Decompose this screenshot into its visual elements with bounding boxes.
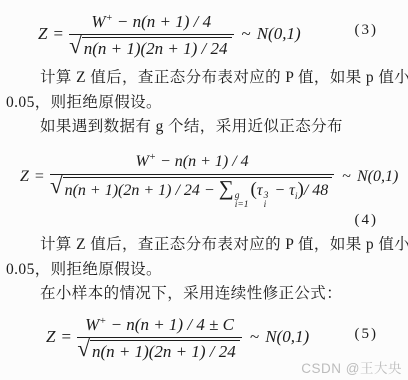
superscript-plus: +: [106, 13, 113, 24]
distribution-symbol: N: [257, 24, 268, 44]
tilde-operator: ~: [250, 327, 259, 347]
csdn-watermark: CSDN @王大央: [301, 357, 402, 377]
fraction-denominator: √ n(n + 1)(2n + 1) / 24: [77, 337, 241, 362]
formula-5: Z = W+ − n(n + 1) / 4 ± C √ n(n + 1)(2n …: [46, 311, 309, 362]
equals-sign: =: [53, 24, 63, 44]
formula-4: Z = W+ − n(n + 1) / 4 √ n(n + 1)(2n + 1)…: [20, 147, 398, 207]
equation-number-3: (3): [355, 22, 379, 39]
distribution-args: (0,1): [368, 168, 399, 186]
radicand-lead: n(n + 1)(2n + 1) / 24 −: [65, 182, 219, 199]
summation-lower-limit: i=1: [235, 201, 249, 210]
paragraph-2-line-3: 在小样本的情况下，采用连续性修正公式：: [6, 282, 404, 307]
distribution-args: (0,1): [268, 24, 301, 44]
paragraph-2: 计算 Z 值后，查正态分布表对应的 P 值，如果 p 值小于 0.05，则拒绝原…: [6, 233, 404, 307]
radical-sign-icon: √: [50, 176, 63, 196]
tilde-operator: ~: [342, 168, 351, 186]
formula-3: Z = W+ − n(n + 1) / 4 √ n(n + 1)(2n + 1)…: [38, 8, 301, 59]
fraction-numerator: W+ − n(n + 1) / 4: [83, 8, 219, 34]
equation-number-5: (5): [355, 326, 379, 343]
radicand: n(n + 1)(2n + 1) / 24: [90, 340, 240, 362]
tau-scripts: 3i: [264, 192, 269, 210]
tau-subscript: i: [264, 201, 267, 210]
numerator-rest: − n(n + 1) / 4 ± C: [106, 315, 234, 334]
paragraph-1-line-1: 计算 Z 值后，查正态分布表对应的 P 值，如果 p 值小于: [6, 66, 404, 91]
numerator-variable: W: [91, 12, 105, 31]
formula-5-lhs: Z: [46, 327, 55, 347]
numerator-rest: − n(n + 1) / 4: [156, 153, 249, 170]
numerator-variable: W: [136, 153, 149, 170]
fraction-denominator: √ n(n + 1)(2n + 1) / 24: [69, 34, 233, 59]
distribution-symbol: N: [357, 168, 368, 186]
radical-sign-icon: √: [69, 36, 82, 56]
numerator-variable: W: [85, 315, 99, 334]
fraction-denominator: √ n(n + 1)(2n + 1) / 24 − ∑gi=1(τ3i − τi…: [50, 174, 334, 207]
formula-4-lhs: Z: [20, 168, 29, 186]
superscript-plus: +: [149, 152, 156, 163]
distribution-symbol: N: [265, 327, 276, 347]
paragraph-1: 计算 Z 值后，查正态分布表对应的 P 值，如果 p 值小于 0.05，则拒绝原…: [6, 66, 404, 140]
tau-variable: τ: [257, 182, 263, 199]
radicand: n(n + 1)(2n + 1) / 24 − ∑gi=1(τ3i − τi)/…: [63, 177, 333, 207]
paragraph-1-line-2: 0.05，则拒绝原假设。: [6, 91, 404, 116]
summation-icon: ∑: [219, 176, 234, 200]
paragraph-2-line-2: 0.05，则拒绝原假设。: [6, 258, 404, 283]
equation-number-4: (4): [355, 212, 379, 229]
fraction: W+ − n(n + 1) / 4 √ n(n + 1)(2n + 1) / 2…: [69, 8, 233, 59]
radical-sign-icon: √: [77, 339, 90, 359]
minus-operator: −: [270, 182, 289, 199]
paragraph-2-line-1: 计算 Z 值后，查正态分布表对应的 P 值，如果 p 值小于: [6, 233, 404, 258]
fraction-numerator: W+ − n(n + 1) / 4: [128, 147, 257, 174]
equals-sign: =: [35, 168, 44, 186]
paragraph-1-line-3: 如果遇到数据有 g 个结，采用近似正态分布: [6, 115, 404, 140]
numerator-rest: − n(n + 1) / 4: [113, 12, 212, 31]
radicand: n(n + 1)(2n + 1) / 24: [82, 37, 232, 59]
distribution-args: (0,1): [277, 327, 310, 347]
summation-limits: gi=1: [235, 192, 249, 210]
formula-3-lhs: Z: [38, 24, 47, 44]
equals-sign: =: [61, 327, 71, 347]
fraction-numerator: W+ − n(n + 1) / 4 ± C: [77, 311, 242, 337]
document-page: Z = W+ − n(n + 1) / 4 √ n(n + 1)(2n + 1)…: [0, 0, 408, 380]
radicand-tail: / 48: [304, 182, 328, 199]
fraction: W+ − n(n + 1) / 4 ± C √ n(n + 1)(2n + 1)…: [77, 311, 242, 362]
fraction: W+ − n(n + 1) / 4 √ n(n + 1)(2n + 1) / 2…: [50, 147, 334, 207]
tilde-operator: ~: [242, 24, 251, 44]
